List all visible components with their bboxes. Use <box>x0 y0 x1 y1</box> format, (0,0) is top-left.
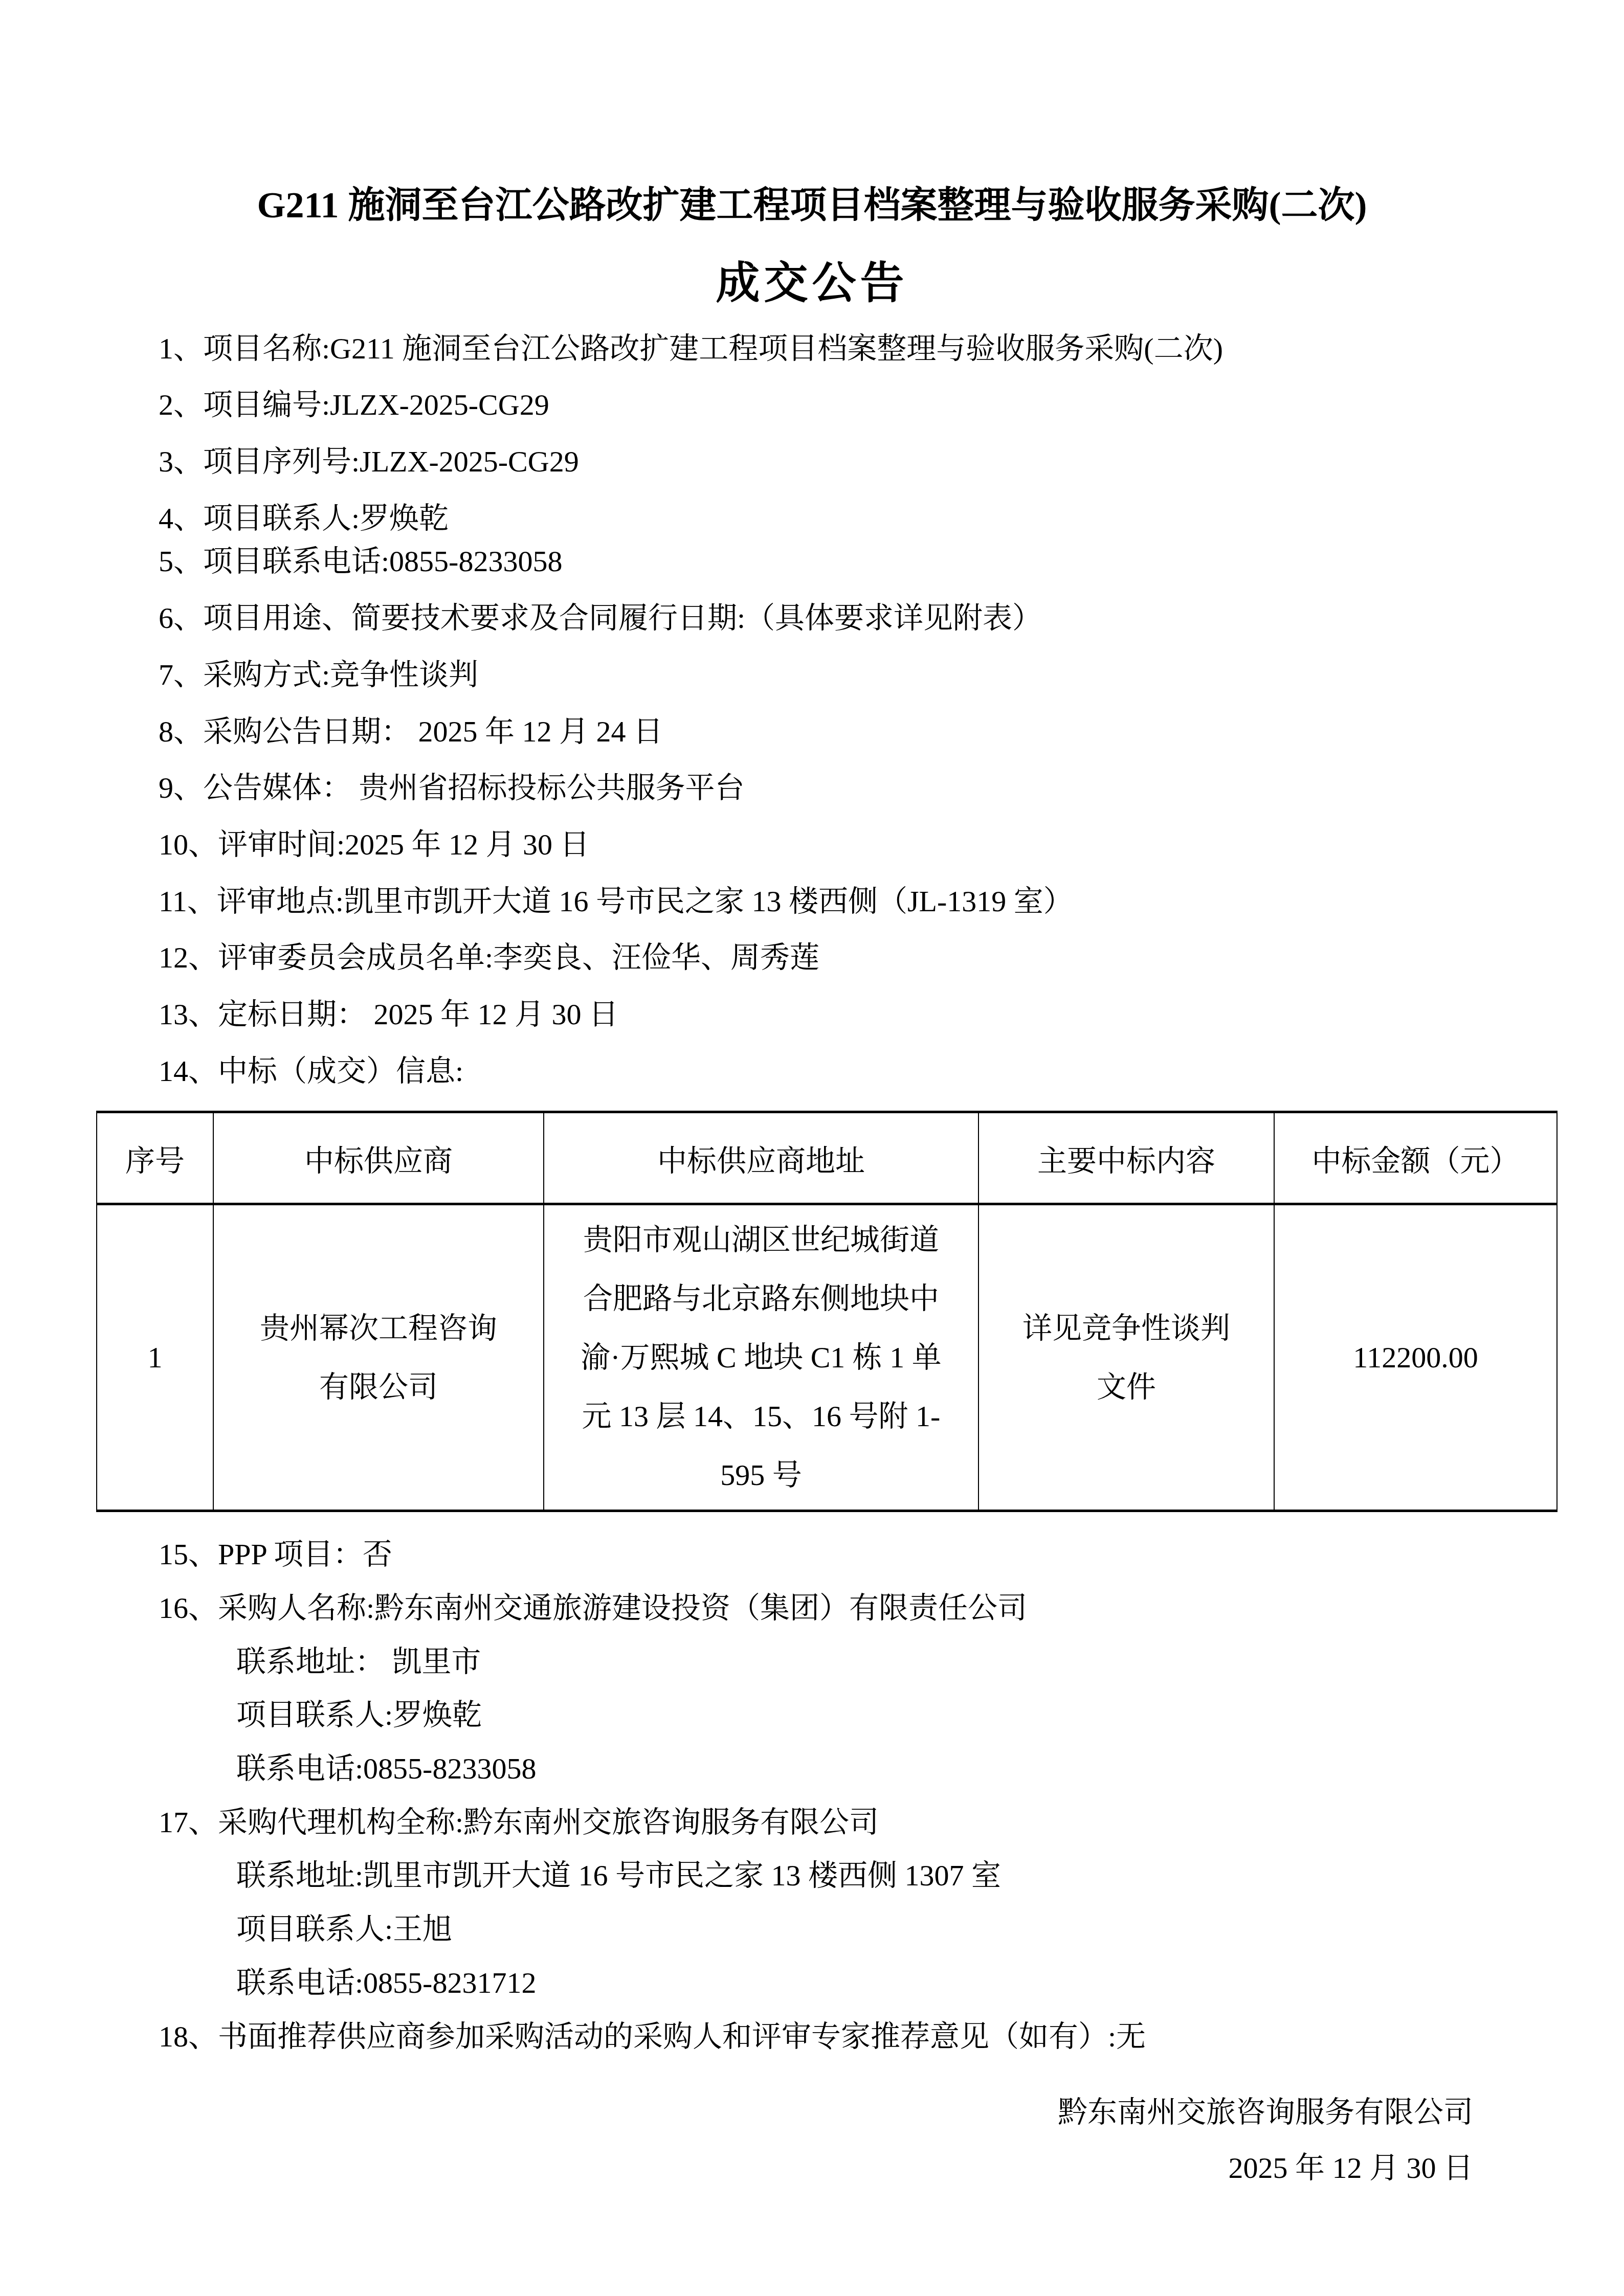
award-table: 序号 中标供应商 中标供应商地址 主要中标内容 中标金额（元） 1 贵州幂次工程… <box>96 1111 1558 1512</box>
purchaser-contact-address: 联系地址： 凯里市 <box>159 1645 1491 1679</box>
purchaser-contact-phone: 联系电话:0855-8233058 <box>159 1752 1491 1786</box>
page-subtitle: 成交公告 <box>0 258 1624 309</box>
list-item-purchaser-name: 16、采购人名称:黔东南州交通旅游建设投资（集团）有限责任公司 <box>159 1591 1491 1626</box>
cell-amount: 112200.00 <box>1274 1204 1557 1511</box>
header-cell-address: 中标供应商地址 <box>544 1112 978 1204</box>
list-item-award-info: 14、中标（成交）信息: <box>159 1054 1491 1089</box>
list-item-procure-method: 7、采购方式:竞争性谈判 <box>159 658 1491 692</box>
list-item-announce-date: 8、采购公告日期： 2025 年 12 月 24 日 <box>159 715 1491 749</box>
list-item-project-serial: 3、项目序列号:JLZX-2025-CG29 <box>159 445 1491 479</box>
list-item-project-usage: 6、项目用途、简要技术要求及合同履行日期:（具体要求详见附表） <box>159 601 1491 636</box>
header-cell-amount: 中标金额（元） <box>1274 1112 1557 1204</box>
list-item-recommendation: 18、书面推荐供应商参加采购活动的采购人和评审专家推荐意见（如有）:无 <box>159 2020 1491 2054</box>
list-item-award-date: 13、定标日期： 2025 年 12 月 30 日 <box>159 998 1491 1032</box>
list-item-project-contact: 4、项目联系人:罗焕乾 <box>159 502 1491 536</box>
list-item-review-time: 10、评审时间:2025 年 12 月 30 日 <box>159 828 1491 862</box>
list-item-project-phone: 5、项目联系电话:0855-8233058 <box>159 545 1491 579</box>
purchaser-contact-person: 项目联系人:罗焕乾 <box>159 1698 1491 1732</box>
list-item-project-name: 1、项目名称:G211 施洞至台江公路改扩建工程项目档案整理与验收服务采购(二次… <box>159 332 1491 366</box>
footer-date: 2025 年 12 月 30 日 <box>0 2151 1473 2186</box>
cell-address: 贵阳市观山湖区世纪城街道合肥路与北京路东侧地块中渝·万熙城 C 地块 C1 栋 … <box>544 1204 978 1511</box>
numbered-list-top: 1、项目名称:G211 施洞至台江公路改扩建工程项目档案整理与验收服务采购(二次… <box>159 332 1491 1089</box>
cell-content: 详见竞争性谈判文件 <box>978 1204 1274 1511</box>
page-title: G211 施洞至台江公路改扩建工程项目档案整理与验收服务采购(二次) <box>0 0 1624 227</box>
header-cell-supplier: 中标供应商 <box>213 1112 544 1204</box>
agency-contact-address: 联系地址:凯里市凯开大道 16 号市民之家 13 楼西侧 1307 室 <box>159 1859 1491 1893</box>
list-item-review-committee: 12、评审委员会成员名单:李奕良、汪俭华、周秀莲 <box>159 941 1491 975</box>
list-item-agency-name: 17、采购代理机构全称:黔东南州交旅咨询服务有限公司 <box>159 1806 1491 1840</box>
list-item-ppp: 15、PPP 项目：否 <box>159 1538 1491 1572</box>
agency-contact-phone: 联系电话:0855-8231712 <box>159 1966 1491 2000</box>
award-table-row: 1 贵州幂次工程咨询有限公司 贵阳市观山湖区世纪城街道合肥路与北京路东侧地块中渝… <box>97 1204 1557 1511</box>
cell-seq: 1 <box>97 1204 213 1511</box>
list-item-project-number: 2、项目编号:JLZX-2025-CG29 <box>159 388 1491 422</box>
footer-company: 黔东南州交旅咨询服务有限公司 <box>0 2096 1473 2130</box>
agency-contact-person: 项目联系人:王旭 <box>159 1912 1491 1947</box>
signature-block: 黔东南州交旅咨询服务有限公司 2025 年 12 月 30 日 <box>0 2096 1624 2185</box>
list-item-announce-media: 9、公告媒体： 贵州省招标投标公共服务平台 <box>159 771 1491 805</box>
numbered-list-bottom: 15、PPP 项目：否 16、采购人名称:黔东南州交通旅游建设投资（集团）有限责… <box>159 1538 1491 2054</box>
header-cell-seq: 序号 <box>97 1112 213 1204</box>
list-item-review-place: 11、评审地点:凯里市凯开大道 16 号市民之家 13 楼西侧（JL-1319 … <box>159 885 1491 919</box>
announcement-page: G211 施洞至台江公路改扩建工程项目档案整理与验收服务采购(二次) 成交公告 … <box>0 0 1624 2296</box>
header-cell-content: 主要中标内容 <box>978 1112 1274 1204</box>
cell-supplier: 贵州幂次工程咨询有限公司 <box>213 1204 544 1511</box>
award-table-header-row: 序号 中标供应商 中标供应商地址 主要中标内容 中标金额（元） <box>97 1112 1557 1204</box>
